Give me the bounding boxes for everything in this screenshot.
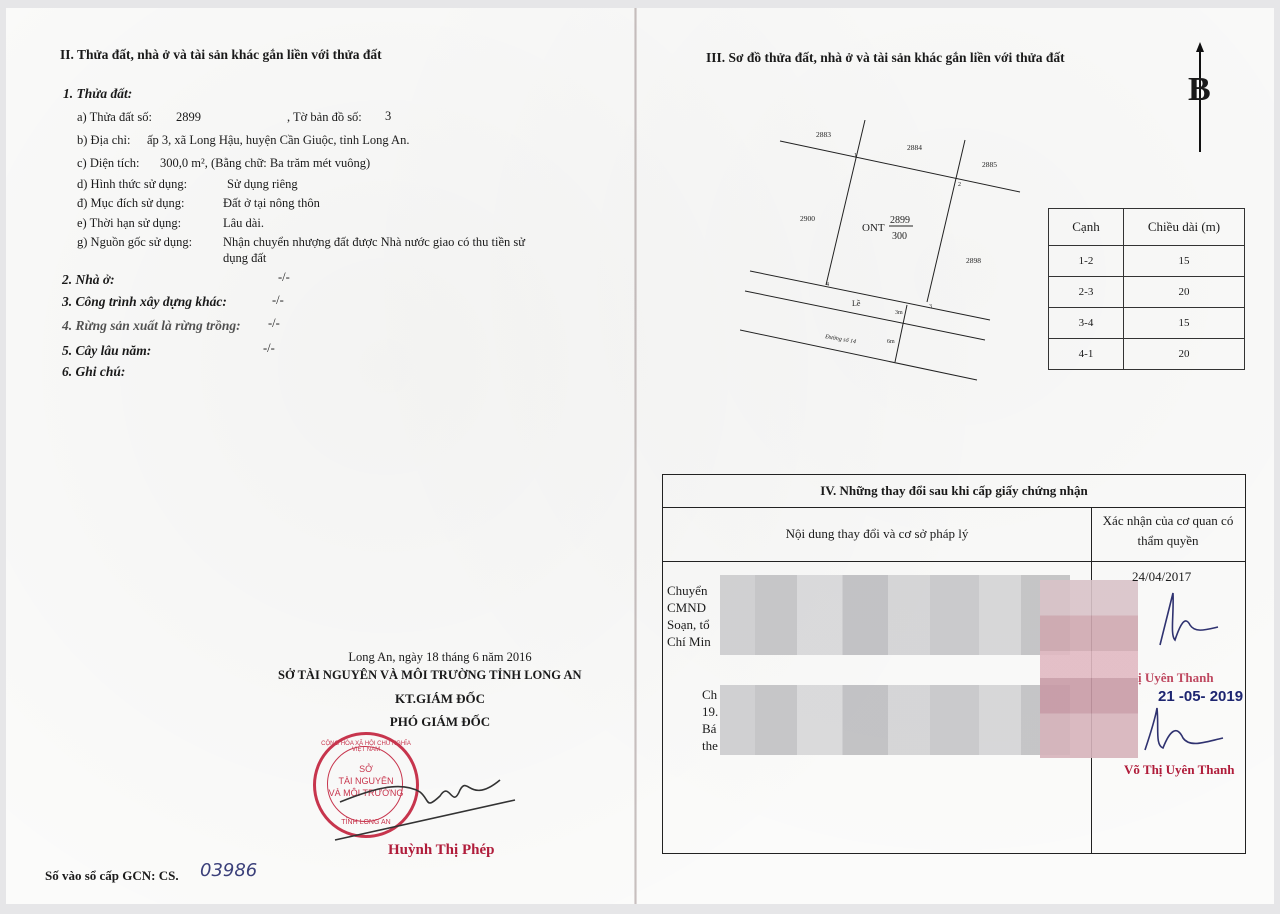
signature-place-date: Long An, ngày 18 tháng 6 năm 2016 [300, 650, 580, 665]
page-fold [634, 8, 637, 904]
land-row-purpose-label: đ) Mục đích sử dụng: [77, 196, 184, 211]
change-2-signer: Võ Thị Uyên Thanh [1124, 762, 1234, 778]
land-heading: 1. Thửa đất: [63, 86, 132, 102]
signer-name: Huỳnh Thị Phép [388, 842, 494, 859]
svg-text:Đường số 14: Đường số 14 [824, 333, 857, 345]
table-row: 4-120 [1049, 339, 1245, 370]
signature-scribble-2 [1140, 585, 1220, 665]
land-row-parcel: a) Thửa đất số: [77, 110, 152, 125]
item-notes-label: 6. Ghi chú: [62, 364, 125, 380]
svg-text:2885: 2885 [982, 160, 997, 169]
signature-scribble [330, 770, 520, 850]
change-1-signer: ị Uyên Thanh [1138, 670, 1214, 686]
land-row-usage-form-value: Sử dụng riêng [227, 177, 298, 192]
svg-text:4: 4 [826, 282, 829, 288]
edge-header: Cạnh [1049, 209, 1124, 246]
map-sheet-number: 3 [385, 109, 391, 124]
land-row-origin-value: Nhận chuyển nhượng đất được Nhà nước gia… [223, 235, 525, 250]
change-entry-2: Ch 19. Bá the [702, 686, 718, 754]
item-perennial-value: -/- [263, 341, 275, 356]
item-forest-value: -/- [268, 316, 280, 331]
edge-length-table: Cạnh Chiều dài (m) 1-215 2-320 3-415 4-1… [1048, 208, 1245, 370]
item-forest-label: 4. Rừng sản xuất là rừng trồng: [62, 318, 241, 334]
section-ii-title: II. Thửa đất, nhà ở và tài sản khác gắn … [60, 47, 382, 63]
changes-title: IV. Những thay đổi sau khi cấp giấy chứn… [663, 475, 1245, 508]
land-row-area-label: c) Diện tích: [77, 156, 139, 171]
redacted-block-1 [720, 575, 1070, 655]
signer-role-1: KT.GIÁM ĐỐC [300, 691, 580, 707]
registry-number: 03986 [200, 860, 257, 881]
land-row-term-value: Lâu dài. [223, 216, 264, 231]
change-entry-1: Chuyển CMND Soạn, tổ Chí Min [667, 582, 711, 650]
signature-scribble-3 [1135, 700, 1225, 760]
svg-text:2884: 2884 [907, 143, 922, 152]
svg-text:2898: 2898 [966, 256, 981, 265]
parcel-map: 2883 2884 2885 2900 2898 1 2 3 4 ONT 289… [740, 120, 1040, 390]
registry-label: Số vào sổ cấp GCN: CS. [45, 868, 179, 884]
svg-text:300: 300 [892, 231, 907, 242]
land-row-purpose-value: Đất ở tại nông thôn [223, 196, 320, 211]
length-header: Chiều dài (m) [1124, 209, 1245, 246]
svg-text:2899: 2899 [890, 215, 910, 226]
item-house-value: -/- [278, 270, 290, 285]
land-row-address-value: ấp 3, xã Long Hậu, huyện Cần Giuộc, tỉnh… [147, 133, 409, 148]
item-perennial-label: 5. Cây lâu năm: [62, 343, 151, 359]
north-label: B [1188, 70, 1211, 110]
change-1-date: 24/04/2017 [1132, 569, 1191, 585]
land-row-usage-form-label: d) Hình thức sử dụng: [77, 177, 187, 192]
svg-text:2883: 2883 [816, 130, 831, 139]
land-row-term-label: e) Thời hạn sử dụng: [77, 216, 181, 231]
land-row-address-label: b) Địa chỉ: [77, 133, 130, 148]
redacted-block-2 [720, 685, 1070, 755]
table-row: 3-415 [1049, 308, 1245, 339]
svg-text:2900: 2900 [800, 214, 815, 223]
land-row-origin-label: g) Nguồn gốc sử dụng: [77, 235, 192, 250]
svg-text:2: 2 [958, 182, 961, 188]
signer-role-2: PHÓ GIÁM ĐỐC [300, 714, 580, 730]
land-row-origin-value-line2: dụng đất [223, 251, 266, 266]
svg-text:ONT: ONT [862, 222, 885, 234]
table-row: 1-215 [1049, 246, 1245, 277]
svg-text:Lề: Lề [852, 299, 861, 308]
svg-text:3: 3 [929, 304, 932, 310]
changes-confirm-header: Xác nhận của cơ quan có thẩm quyền [1091, 511, 1245, 551]
parcel-number: 2899 [176, 110, 201, 125]
svg-text:1: 1 [854, 153, 857, 159]
land-row-area-value: 300,0 m², (Bằng chữ: Ba trăm mét vuông) [160, 156, 370, 171]
item-house-label: 2. Nhà ở: [62, 272, 115, 288]
svg-text:3m: 3m [895, 310, 903, 316]
redacted-stamp [1040, 580, 1138, 758]
map-sheet-label: , Tờ bản đồ số: [287, 110, 362, 125]
agency-name: SỞ TÀI NGUYÊN VÀ MÔI TRƯỜNG TỈNH LONG AN [278, 668, 582, 683]
item-other-construction-label: 3. Công trình xây dựng khác: [62, 294, 227, 310]
item-other-construction-value: -/- [272, 293, 284, 308]
table-row: 2-320 [1049, 277, 1245, 308]
changes-content-header: Nội dung thay đổi và cơ sở pháp lý [663, 507, 1091, 561]
svg-text:6m: 6m [887, 339, 895, 345]
section-iii-title: III. Sơ đồ thửa đất, nhà ở và tài sản kh… [706, 50, 1065, 66]
